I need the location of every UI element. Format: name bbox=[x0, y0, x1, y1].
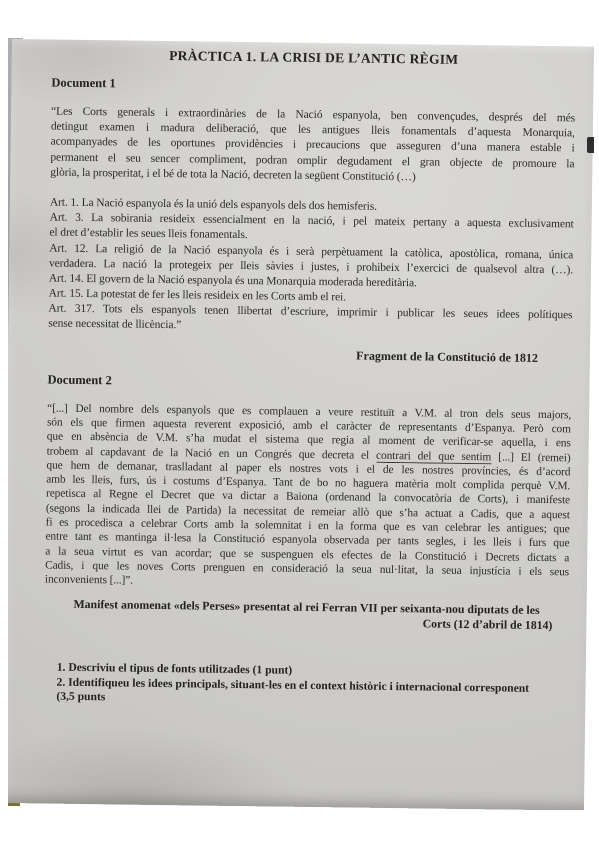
doc2-heading: Document 2 bbox=[47, 372, 571, 394]
doc1-paragraph: “Les Corts generals i extraordinàries de… bbox=[50, 105, 575, 188]
questions-block: 1. Descriviu el tipus de fonts utilitzad… bbox=[43, 661, 568, 711]
doc1-heading: Document 1 bbox=[51, 76, 575, 98]
doc2-paragraph: “[...] Del nombre dels espanyols que es … bbox=[45, 401, 571, 594]
paper-content: PRÀCTICA 1. LA CRISI DE L’ANTIC RÈGIM Do… bbox=[8, 39, 594, 712]
text-segment: [...] El (remei) bbox=[491, 451, 571, 464]
paper-sheet: PRÀCTICA 1. LA CRISI DE L’ANTIC RÈGIM Do… bbox=[8, 39, 594, 810]
doc2-source-caption: Manifest anomenat «dels Perses» presenta… bbox=[44, 597, 568, 634]
underlined-text: contrari del que sentim bbox=[376, 449, 491, 464]
doc1-articles: Art. 1. La Nació espanyola és la unió de… bbox=[48, 195, 574, 339]
document-scan-page: PRÀCTICA 1. LA CRISI DE L’ANTIC RÈGIM Do… bbox=[0, 0, 599, 848]
doc1-source-caption: Fragment de la Constitució de 1812 bbox=[48, 344, 572, 366]
page-title: PRÀCTICA 1. LA CRISI DE L’ANTIC RÈGIM bbox=[52, 47, 576, 70]
smudge-mark bbox=[587, 137, 594, 153]
photo-area: PRÀCTICA 1. LA CRISI DE L’ANTIC RÈGIM Do… bbox=[8, 38, 594, 810]
